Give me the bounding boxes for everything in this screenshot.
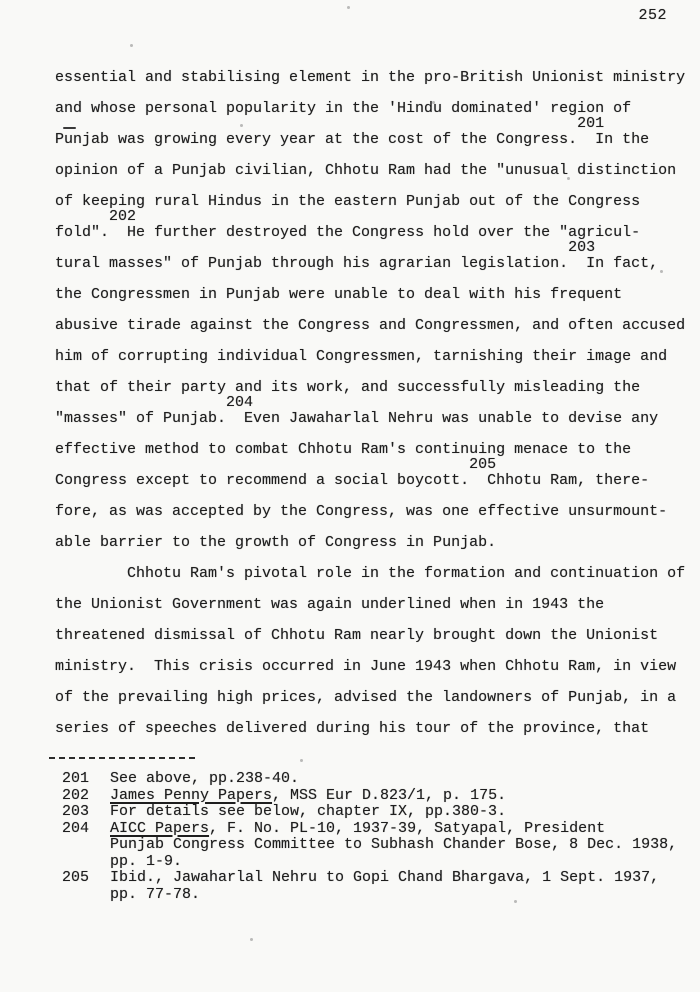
text-run: of keeping rural Hindus in the eastern P… — [55, 193, 640, 210]
text-line: of the prevailing high prices, advised t… — [55, 682, 700, 713]
scan-speck — [250, 938, 253, 941]
footnote-line: AICC Papers, F. No. PL-10, 1937-39, Saty… — [110, 821, 692, 838]
text-run: Ibid., Jawaharlal Nehru to Gopi Chand Bh… — [110, 869, 659, 886]
text-line: him of corrupting individual Congressmen… — [55, 341, 700, 372]
footnote-number: 202 — [62, 788, 110, 805]
text-line: "masses" of Punjab.204 Even Jawaharlal N… — [55, 403, 700, 434]
text-run: and whose personal popularity in the 'Hi… — [55, 100, 631, 117]
scan-speck — [432, 101, 435, 104]
document-page: 252 essential and stabilising element in… — [0, 0, 700, 992]
text-run: Even Jawaharlal Nehru was unable to devi… — [226, 410, 658, 427]
footnote-item: 204AICC Papers, F. No. PL-10, 1937-39, S… — [62, 821, 692, 871]
text-line: ministry. This crisis occurred in June 1… — [55, 651, 700, 682]
text-run: of the prevailing high prices, advised t… — [55, 689, 676, 706]
footnote-number: 204 — [62, 821, 110, 838]
footnote-text: See above, pp.238-40. — [110, 771, 692, 788]
text-run: pp. 77-78. — [110, 886, 200, 903]
footnote-number: 205 — [62, 870, 110, 887]
footnote-line: Punjab Congress Committee to Subhash Cha… — [110, 837, 692, 854]
footnote-text: AICC Papers, F. No. PL-10, 1937-39, Saty… — [110, 821, 692, 871]
footnote-item: 202James Penny Papers, MSS Eur D.823/1, … — [62, 788, 692, 805]
footnote-line: pp. 77-78. — [110, 887, 692, 904]
text-line: threatened dismissal of Chhotu Ram nearl… — [55, 620, 700, 651]
text-line: of keeping rural Hindus in the eastern P… — [55, 186, 700, 217]
text-run: He further destroyed the Congress hold o… — [109, 224, 640, 241]
text-run: able barrier to the growth of Congress i… — [55, 534, 496, 551]
footnote-text: Ibid., Jawaharlal Nehru to Gopi Chand Bh… — [110, 870, 692, 903]
text-run: fore, as was accepted by the Congress, w… — [55, 503, 667, 520]
text-run: , MSS Eur D.823/1, p. 175. — [272, 787, 506, 804]
scan-speck — [660, 270, 663, 273]
text-run: For details see below, chapter IX, pp.38… — [110, 803, 506, 820]
text-line: the Unionist Government was again underl… — [55, 589, 700, 620]
text-run: In fact, — [568, 255, 658, 272]
text-line: abusive tirade against the Congress and … — [55, 310, 700, 341]
text-run: essential and stabilising element in the… — [55, 69, 685, 86]
text-run: In the — [577, 131, 649, 148]
page-number: 252 — [638, 7, 667, 24]
text-line: Punjab was growing every year at the cos… — [55, 124, 700, 155]
text-line: tural masses" of Punjab through his agra… — [55, 248, 700, 279]
text-line: Congress except to recommend a social bo… — [55, 465, 700, 496]
footnote-line: See above, pp.238-40. — [110, 771, 692, 788]
text-line: Chhotu Ram's pivotal role in the formati… — [55, 558, 700, 589]
text-run: "masses" of Punjab. — [55, 410, 226, 427]
text-run: opinion of a Punjab civilian, Chhotu Ram… — [55, 162, 676, 179]
footnote-text: For details see below, chapter IX, pp.38… — [110, 804, 692, 821]
text-line: fore, as was accepted by the Congress, w… — [55, 496, 700, 527]
footnote-item: 201See above, pp.238-40. — [62, 771, 692, 788]
text-run: , F. No. PL-10, 1937-39, Satyapal, Presi… — [209, 820, 605, 837]
footnote-item: 205Ibid., Jawaharlal Nehru to Gopi Chand… — [62, 870, 692, 903]
text-run: that of their party and its work, and su… — [55, 379, 640, 396]
text-run: See above, pp.238-40. — [110, 770, 299, 787]
footnote-line: For details see below, chapter IX, pp.38… — [110, 804, 692, 821]
text-line: essential and stabilising element in the… — [55, 62, 700, 93]
text-run: him of corrupting individual Congressmen… — [55, 348, 667, 365]
scan-speck — [514, 900, 517, 903]
text-run: Punjab Congress Committee to Subhash Cha… — [110, 836, 677, 853]
footnote-line: James Penny Papers, MSS Eur D.823/1, p. … — [110, 788, 692, 805]
footnote-line: pp. 1-9. — [110, 854, 692, 871]
text-run: fold". — [55, 224, 109, 241]
footnote-item: 203For details see below, chapter IX, pp… — [62, 804, 692, 821]
text-line: effective method to combat Chhotu Ram's … — [55, 434, 700, 465]
footnotes-section: 201See above, pp.238-40.202James Penny P… — [62, 771, 692, 903]
scan-speck — [347, 6, 350, 9]
text-line: that of their party and its work, and su… — [55, 372, 700, 403]
text-run: Chhotu Ram's pivotal role in the formati… — [55, 565, 685, 582]
footnote-separator — [49, 757, 195, 759]
text-line: able barrier to the growth of Congress i… — [55, 527, 700, 558]
scan-speck — [567, 177, 570, 180]
text-line: opinion of a Punjab civilian, Chhotu Ram… — [55, 155, 700, 186]
text-run: threatened dismissal of Chhotu Ram nearl… — [55, 627, 658, 644]
footnote-number: 201 — [62, 771, 110, 788]
scan-speck — [300, 759, 303, 762]
text-run: series of speeches delivered during his … — [55, 720, 649, 737]
underlined-source-title: James Penny Papers — [110, 787, 272, 804]
scan-speck — [130, 44, 133, 47]
scan-speck — [240, 124, 243, 127]
body-text: essential and stabilising element in the… — [55, 62, 700, 744]
text-run: Congress except to recommend a social bo… — [55, 472, 469, 489]
footnote-line: Ibid., Jawaharlal Nehru to Gopi Chand Bh… — [110, 870, 692, 887]
underlined-source-title: AICC Papers — [110, 820, 209, 837]
text-run: tural masses" of Punjab through his agra… — [55, 255, 568, 272]
text-run: Chhotu Ram, there- — [469, 472, 649, 489]
text-run: pp. 1-9. — [110, 853, 182, 870]
text-run: the Congressmen in Punjab were unable to… — [55, 286, 622, 303]
text-run: abusive tirade against the Congress and … — [55, 317, 685, 334]
text-run: effective method to combat Chhotu Ram's … — [55, 441, 631, 458]
text-line: fold".202 He further destroyed the Congr… — [55, 217, 700, 248]
text-line: the Congressmen in Punjab were unable to… — [55, 279, 700, 310]
text-line: series of speeches delivered during his … — [55, 713, 700, 744]
text-run: Punjab was growing every year at the cos… — [55, 131, 577, 148]
footnote-text: James Penny Papers, MSS Eur D.823/1, p. … — [110, 788, 692, 805]
text-run: the Unionist Government was again underl… — [55, 596, 604, 613]
text-run: ministry. This crisis occurred in June 1… — [55, 658, 676, 675]
footnote-number: 203 — [62, 804, 110, 821]
